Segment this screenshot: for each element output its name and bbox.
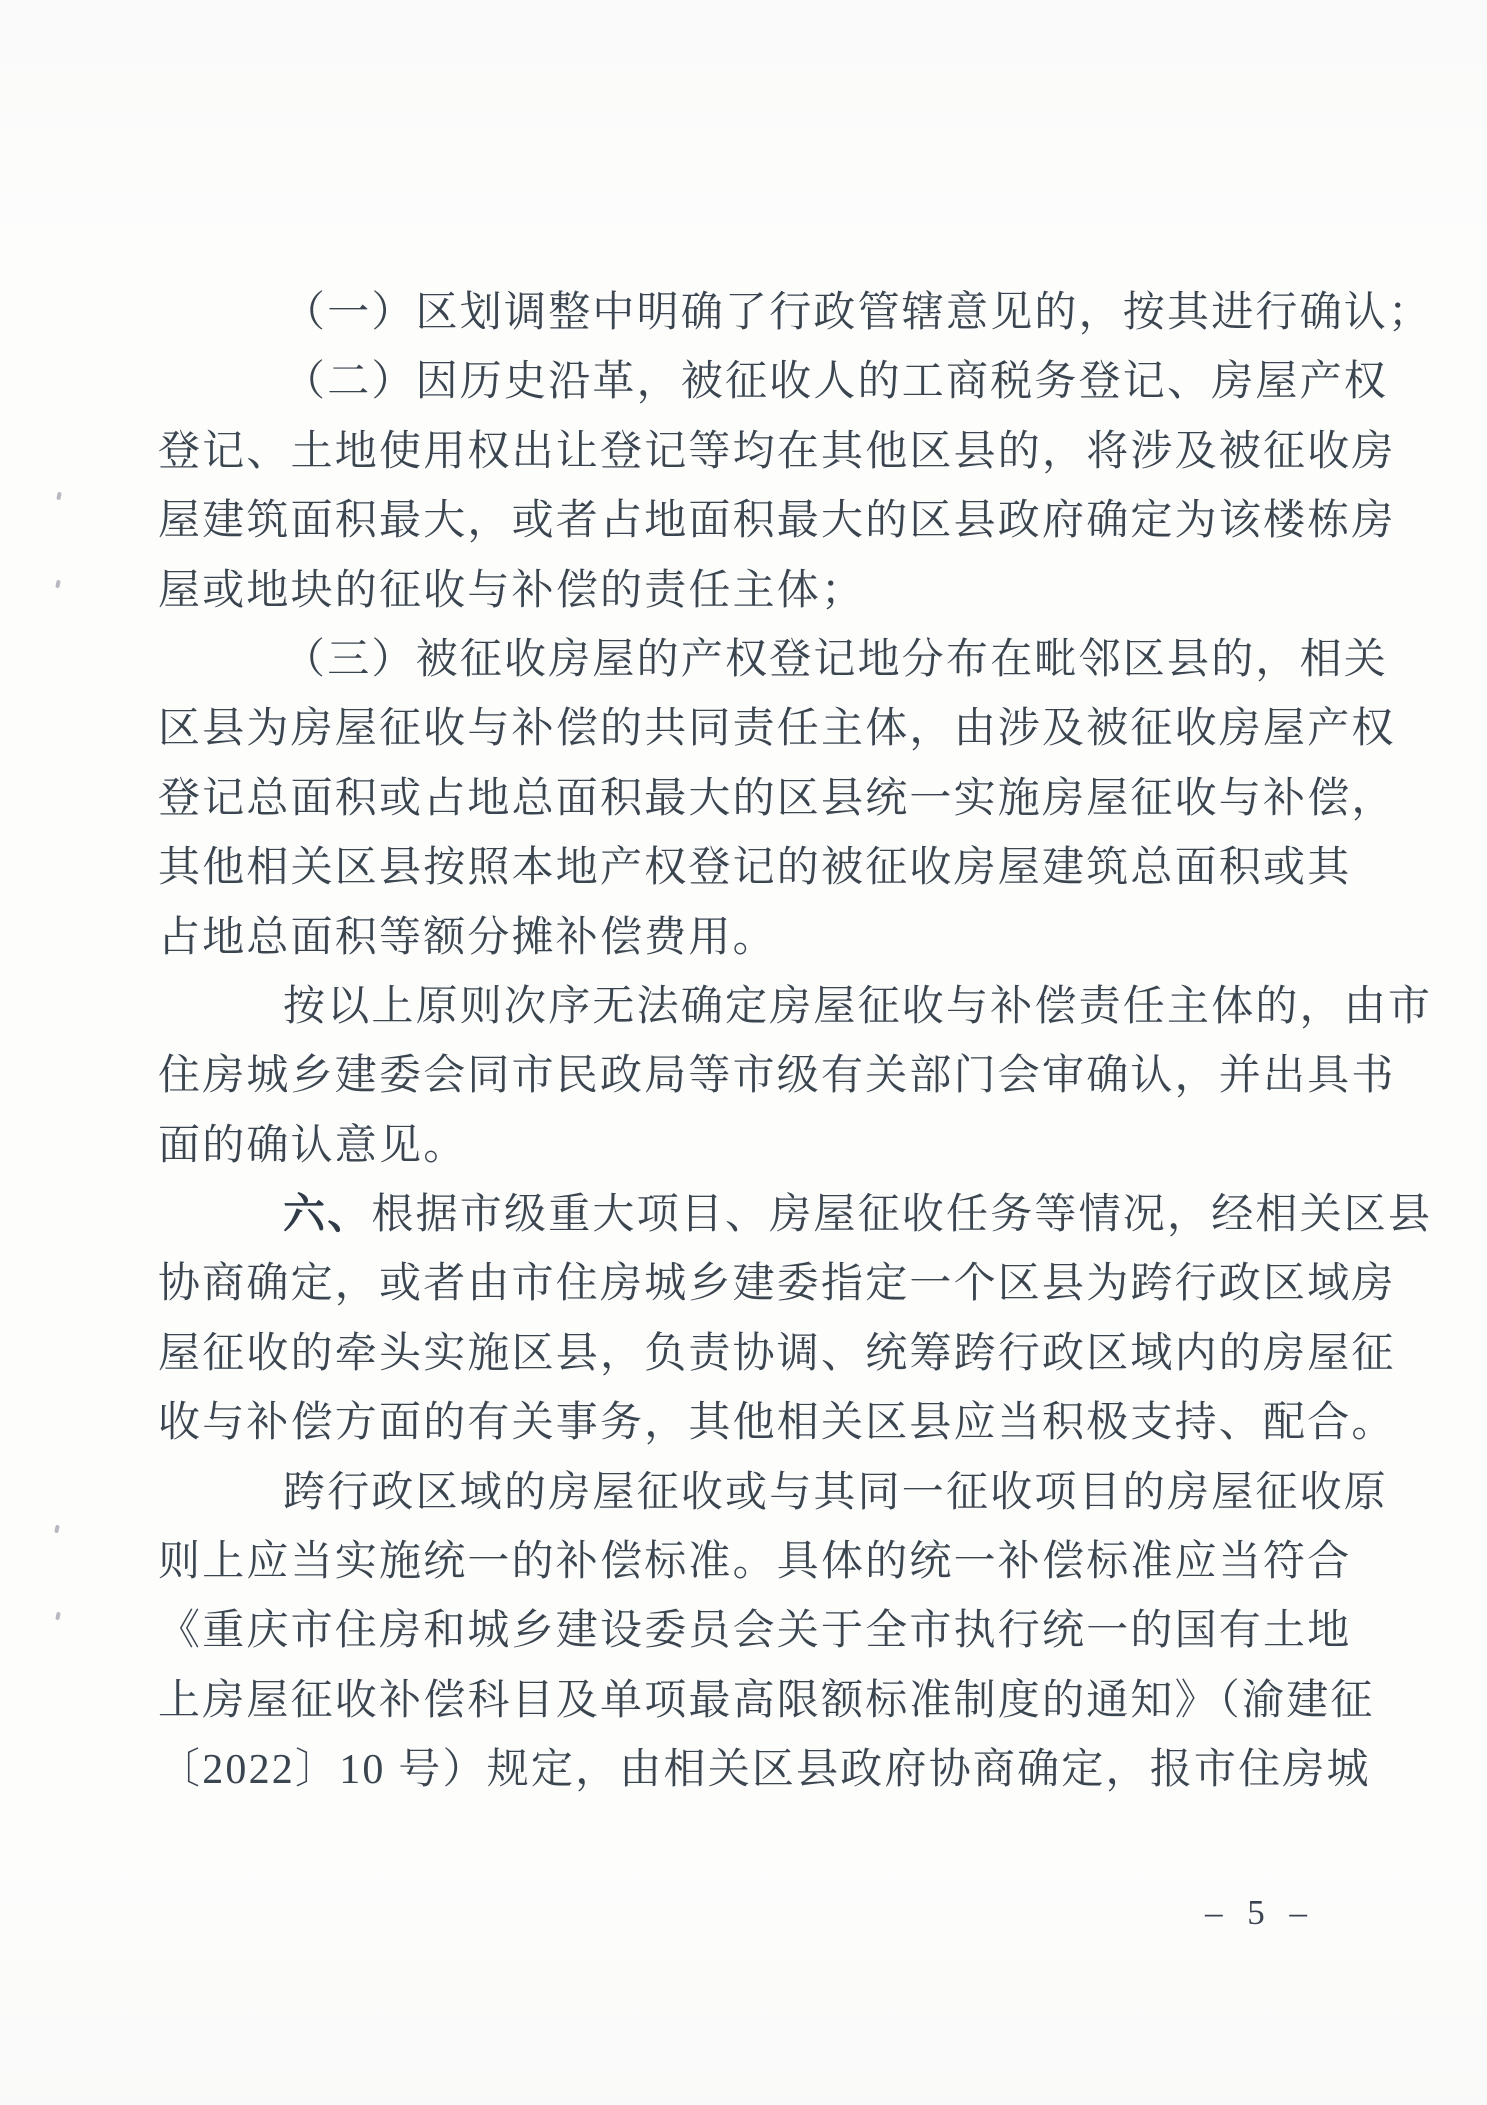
text-line: 则上应当实施统一的补偿标准。具体的统一补偿标准应当符合 bbox=[158, 1528, 1358, 1597]
text-line: （三）被征收房屋的产权登记地分布在毗邻区县的，相关 bbox=[158, 626, 1358, 695]
text-line: 屋或地块的征收与补偿的责任主体； bbox=[158, 557, 1358, 626]
section-number: 六、 bbox=[283, 1192, 371, 1238]
text-line: 六、根据市级重大项目、房屋征收任务等情况，经相关区县 bbox=[158, 1181, 1358, 1250]
text-line: 《重庆市住房和城乡建设委员会关于全市执行统一的国有土地 bbox=[158, 1597, 1358, 1666]
text-line: 面的确认意见。 bbox=[158, 1112, 1358, 1181]
scan-speck bbox=[55, 580, 61, 589]
text-line: 协商确定，或者由市住房城乡建委指定一个区县为跨行政区域房 bbox=[158, 1250, 1358, 1319]
text-line: （一）区划调整中明确了行政管辖意见的，按其进行确认； bbox=[158, 279, 1358, 348]
text-line: 〔2022〕10 号）规定，由相关区县政府协商确定，报市住房城 bbox=[158, 1736, 1358, 1805]
scan-speck bbox=[56, 492, 62, 501]
document-page: （一）区划调整中明确了行政管辖意见的，按其进行确认；（二）因历史沿革，被征收人的… bbox=[0, 0, 1487, 2105]
scan-speck bbox=[54, 1525, 60, 1534]
text-line: 登记、土地使用权出让登记等均在其他区县的，将涉及被征收房 bbox=[158, 418, 1358, 487]
page-number: – 5 – bbox=[1205, 1893, 1315, 1933]
text-line: 收与补偿方面的有关事务，其他相关区县应当积极支持、配合。 bbox=[158, 1389, 1358, 1458]
text-line: 住房城乡建委会同市民政局等市级有关部门会审确认，并出具书 bbox=[158, 1042, 1358, 1111]
text-line: 屋征收的牵头实施区县，负责协调、统筹跨行政区域内的房屋征 bbox=[158, 1320, 1358, 1389]
document-body: （一）区划调整中明确了行政管辖意见的，按其进行确认；（二）因历史沿革，被征收人的… bbox=[158, 279, 1358, 1806]
text-line: 上房屋征收补偿科目及单项最高限额标准制度的通知》（渝建征 bbox=[158, 1667, 1358, 1736]
text-line: 按以上原则次序无法确定房屋征收与补偿责任主体的，由市 bbox=[158, 973, 1358, 1042]
text-line: 其他相关区县按照本地产权登记的被征收房屋建筑总面积或其 bbox=[158, 834, 1358, 903]
scan-speck bbox=[55, 1612, 61, 1621]
text-line: 跨行政区域的房屋征收或与其同一征收项目的房屋征收原 bbox=[158, 1459, 1358, 1528]
text-line: （二）因历史沿革，被征收人的工商税务登记、房屋产权 bbox=[158, 348, 1358, 417]
text-line: 登记总面积或占地总面积最大的区县统一实施房屋征收与补偿， bbox=[158, 765, 1358, 834]
text-line: 占地总面积等额分摊补偿费用。 bbox=[158, 904, 1358, 973]
text-line: 屋建筑面积最大，或者占地面积最大的区县政府确定为该楼栋房 bbox=[158, 487, 1358, 556]
text-line: 区县为房屋征收与补偿的共同责任主体，由涉及被征收房屋产权 bbox=[158, 695, 1358, 764]
